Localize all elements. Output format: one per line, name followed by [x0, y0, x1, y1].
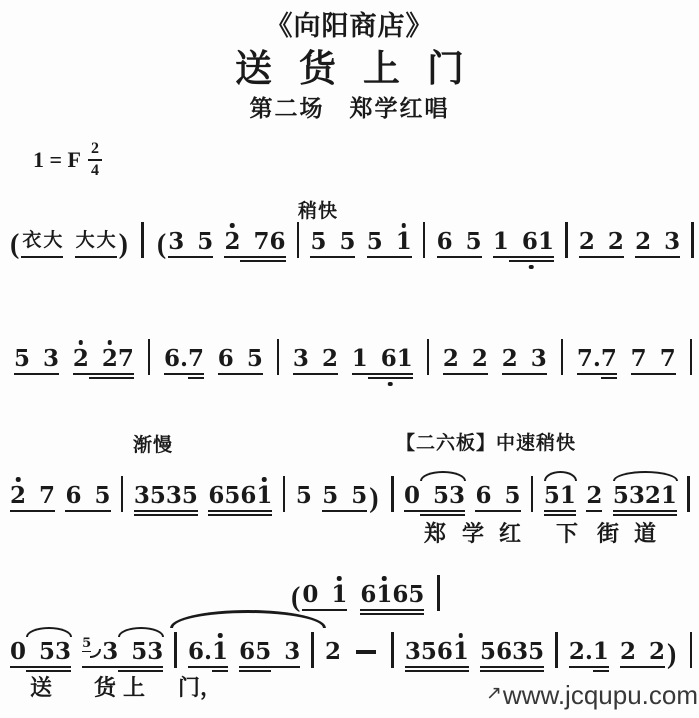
note: 3 [166, 484, 182, 507]
lyric-syllable: 门， [178, 671, 222, 702]
open-paren: ( [155, 232, 168, 258]
beam: 35 [168, 230, 213, 258]
note: 3 [134, 484, 150, 507]
note: 3 [147, 640, 163, 663]
note: 2 [472, 347, 488, 370]
close-paren: ) [665, 642, 678, 668]
note-group: (01 [289, 583, 347, 611]
note: 0 [404, 484, 420, 507]
beam: 32 [293, 347, 338, 375]
barline [391, 476, 394, 512]
double-beam: 5321 [613, 484, 677, 507]
barline [277, 339, 280, 375]
note: 2 [502, 347, 518, 370]
note-group: 6.7 [164, 347, 204, 375]
note: 5 [339, 230, 355, 253]
note-group: 77 [631, 347, 676, 375]
note-group: 5321 [613, 484, 677, 512]
grace-tie [90, 649, 101, 658]
note: 3 [102, 640, 118, 663]
note: 5 [39, 640, 55, 663]
note: 3 [629, 484, 645, 507]
jcqupu-arrow-icon: ↗ [486, 684, 502, 703]
double-beam: 53 [420, 484, 465, 507]
note: 7 [631, 347, 647, 370]
beam: 22 [579, 230, 624, 258]
beam: 23 [502, 347, 547, 375]
note: 5 [613, 484, 629, 507]
note: 5 [247, 347, 263, 370]
note: 6. [188, 640, 212, 663]
beam: 6165 [360, 583, 424, 611]
note: 6 [522, 230, 538, 253]
note: 5 [466, 230, 482, 253]
lyric-syllable: 学 [462, 517, 484, 548]
note-group: 55 [310, 230, 355, 258]
note: 1 [397, 347, 413, 370]
barline [121, 476, 124, 512]
note: 5 [544, 484, 560, 507]
time-signature-numerator: 2 [88, 141, 102, 161]
barline [691, 222, 694, 258]
note-group: 7.7 [577, 347, 617, 375]
barline [148, 339, 151, 375]
percussion-syllable: 大 [96, 231, 117, 253]
beam: 51 [367, 230, 412, 258]
note-group: 23 [635, 230, 680, 258]
note: 3 [449, 484, 465, 507]
tempo-mark: 稍快 [298, 196, 338, 223]
unbeamed [352, 650, 380, 668]
time-signature: 2 4 [88, 141, 102, 179]
beam: 65 [475, 484, 520, 512]
double-beam: 6561 [208, 484, 272, 507]
note: 6 [218, 347, 234, 370]
lyric-syllable: 道 [634, 517, 656, 548]
note: 5 [296, 484, 312, 507]
note: 3 [168, 230, 184, 253]
note: 6 [392, 583, 408, 606]
beam: 3535 [134, 484, 198, 512]
note: 1 [661, 484, 677, 507]
note-group: 053 [10, 640, 71, 668]
percussion-syllable: 衣 [21, 231, 42, 253]
note: 5 [131, 640, 147, 663]
lyric-syllable: 上 [123, 671, 145, 702]
note: 7. [577, 347, 601, 370]
note: 1 [493, 230, 509, 253]
note: 5 [433, 484, 449, 507]
double-beam: 61 [368, 347, 413, 370]
note: 1 [593, 640, 609, 663]
note: 7 [188, 347, 204, 370]
note: 2 [608, 230, 624, 253]
note-group: 653 [239, 640, 300, 668]
note: 7 [39, 484, 55, 507]
barline [297, 222, 300, 258]
beam: 衣大 [21, 231, 63, 258]
note: 5 [150, 484, 166, 507]
note: 5 [322, 484, 338, 507]
note: 2 [579, 230, 595, 253]
double-beam: 7 [601, 347, 617, 370]
beam: 77 [631, 347, 676, 375]
note-group: 22) [620, 640, 678, 668]
note-group: 大大) [75, 231, 130, 258]
watermark: ↗ www.jcqupu.com [486, 682, 698, 708]
note: 6 [496, 640, 512, 663]
beam: 2 [586, 484, 602, 512]
double-beam: 76 [240, 230, 285, 253]
note: 6. [164, 347, 188, 370]
note-group: 55) [322, 484, 380, 512]
barline [690, 339, 693, 375]
note: 5 [310, 230, 326, 253]
beam: 22 [443, 347, 488, 375]
barline [561, 339, 564, 375]
sheet-music-page: { "page": {"background":"#fdfdfd","ink":… [0, 0, 699, 718]
dash-note [356, 650, 376, 654]
phrase-slur [170, 610, 326, 628]
note: 5 [408, 583, 424, 606]
note: 1 [331, 583, 347, 606]
note-group: 3535 [134, 484, 198, 512]
double-beam: 7 [188, 347, 204, 370]
note: 2 [325, 640, 341, 663]
beam: 3561 [405, 640, 469, 668]
score-line-1: (衣大大大)(352765551651612223 [8, 222, 694, 258]
tempo-mark: 【二六板】中速稍快 [396, 428, 576, 455]
note-group: 053 [404, 484, 465, 512]
note: 3 [284, 640, 300, 663]
note: 2 [649, 640, 665, 663]
note-group: (35 [155, 230, 213, 258]
note: 6 [65, 484, 81, 507]
beam: 6561 [208, 484, 272, 512]
double-beam: 1 [593, 640, 609, 663]
note-group: (衣大 [8, 231, 63, 258]
note: 5 [367, 230, 383, 253]
double-beam: 6165 [360, 583, 424, 606]
lyric-syllable: 红 [499, 517, 521, 548]
close-paren: ) [117, 232, 130, 258]
beam: 51 [544, 484, 576, 512]
note: 7 [660, 347, 676, 370]
note: 2 [586, 484, 602, 507]
note: 2 [635, 230, 651, 253]
barline [531, 476, 534, 512]
note: 1 [212, 640, 228, 663]
note: 5 [480, 640, 496, 663]
note: 2 [102, 347, 118, 370]
note: 5 [197, 230, 213, 253]
beam: 161 [352, 347, 413, 375]
note: 7 [601, 347, 617, 370]
beam: 大大 [75, 231, 117, 258]
key-signature: 1 = F 2 4 [33, 141, 102, 179]
page-title: 送货上门 [0, 38, 699, 92]
note: 5 [255, 640, 271, 663]
double-beam: 3561 [405, 640, 469, 663]
note: 2 [73, 347, 89, 370]
note: 5 [182, 484, 198, 507]
note-group: 2.1 [569, 640, 609, 668]
beam: 053 [10, 640, 71, 668]
note: 5 [14, 347, 30, 370]
beam: 23 [635, 230, 680, 258]
beam: 2.1 [569, 640, 609, 668]
note-group: 2 [586, 484, 602, 512]
lyric-syllable: 货 [94, 671, 116, 702]
beam: 5321 [613, 484, 677, 512]
note: 2 [224, 230, 240, 253]
score-line-4: 05353536.16532356156352.122) [10, 632, 692, 668]
beam: 55 [322, 484, 367, 512]
note: 5 [94, 484, 110, 507]
note: 0 [10, 640, 26, 663]
barline [311, 632, 314, 668]
beam: 27 [10, 484, 55, 512]
note: 3 [531, 347, 547, 370]
score-line-3: 276535356561555)053655125321 [10, 476, 690, 512]
note: 5 [421, 640, 437, 663]
score-line-2: 532276.7653216122237.777 [14, 339, 692, 375]
beam: 53 [14, 347, 59, 375]
percussion-syllable: 大 [75, 231, 96, 253]
note: 2 [322, 347, 338, 370]
unbeamed: 2 [325, 640, 341, 669]
double-beam: 65 [239, 640, 271, 663]
lyric-syllable: 郑 [424, 517, 446, 548]
note-group: 6561 [208, 484, 272, 512]
beam: 22 [620, 640, 665, 668]
note-group: 23 [502, 347, 547, 375]
note: 3 [43, 347, 59, 370]
note-group: 65 [475, 484, 520, 512]
note: 2 [10, 484, 26, 507]
note: 1 [538, 230, 554, 253]
note-group: 65 [218, 347, 263, 375]
double-beam: 53 [26, 640, 71, 663]
beam: 65 [65, 484, 110, 512]
barline [427, 339, 430, 375]
beam: 65 [437, 230, 482, 258]
note: 3 [512, 640, 528, 663]
note: 6 [437, 640, 453, 663]
note: 6 [381, 347, 397, 370]
note-group: 32 [293, 347, 338, 375]
beam: 6.1 [188, 640, 228, 668]
note: 6 [269, 230, 285, 253]
note-group: 5 [296, 484, 312, 513]
note: 3 [55, 640, 71, 663]
pickup-phrase: (016165 [289, 575, 440, 611]
note: 6 [239, 640, 255, 663]
beam: 65 [218, 347, 263, 375]
barline [423, 222, 426, 258]
beam: 01 [302, 583, 347, 611]
note-group: 65 [437, 230, 482, 258]
note-group: 27 [10, 484, 55, 512]
beam: 161 [493, 230, 554, 258]
note-group: 2 [325, 640, 341, 669]
open-paren: ( [289, 585, 302, 611]
double-beam: 27 [89, 347, 134, 370]
barline [391, 632, 394, 668]
barline [555, 632, 558, 668]
unbeamed: 5 [296, 484, 312, 513]
barline [687, 476, 690, 512]
note: 1 [256, 484, 272, 507]
beam: 55 [310, 230, 355, 258]
double-beam: 61 [509, 230, 554, 253]
note: 6 [208, 484, 224, 507]
note-group: 65 [65, 484, 110, 512]
barline [437, 575, 440, 611]
watermark-text: www.jcqupu.com [503, 682, 698, 708]
note: 7 [118, 347, 134, 370]
percussion-syllable: 大 [42, 231, 63, 253]
note-group: 161 [352, 347, 413, 375]
open-paren: ( [8, 232, 21, 258]
beam: 5635 [480, 640, 544, 668]
note-group: 51 [367, 230, 412, 258]
note-group: 51 [544, 484, 576, 512]
beam: 276 [224, 230, 285, 258]
note: 2 [620, 640, 636, 663]
note: 5 [224, 484, 240, 507]
note-group: 161 [493, 230, 554, 258]
note: 3 [293, 347, 309, 370]
note-group [352, 650, 380, 668]
note: 2 [443, 347, 459, 370]
key-label: 1 = F [33, 147, 81, 173]
double-beam: 51 [544, 484, 576, 507]
scene-singer-subtitle: 第二场 郑学红唱 [0, 90, 699, 123]
tempo-mark: 渐慢 [133, 430, 173, 457]
note: 1 [453, 640, 469, 663]
note: 0 [302, 583, 318, 606]
double-beam: 1 [212, 640, 228, 663]
lyric-syllable: 送 [30, 671, 52, 702]
note: 3 [664, 230, 680, 253]
note-group: 5353 [82, 640, 163, 668]
barline [690, 632, 693, 668]
beam: 227 [73, 347, 134, 375]
barline [283, 476, 286, 512]
note: 5 [528, 640, 544, 663]
note: 1 [376, 583, 392, 606]
beam: 053 [404, 484, 465, 512]
note: 1 [352, 347, 368, 370]
note-group: 3561 [405, 640, 469, 668]
double-beam: 3535 [134, 484, 198, 507]
lyric-syllable: 下 [556, 517, 578, 548]
beam: 653 [239, 640, 300, 668]
note: 6 [475, 484, 491, 507]
note-group: 6.1 [188, 640, 228, 668]
note: 6 [240, 484, 256, 507]
note: 3 [405, 640, 421, 663]
close-paren: ) [367, 486, 380, 512]
barline [565, 222, 568, 258]
note-group: 53 [14, 347, 59, 375]
note: 6 [437, 230, 453, 253]
barline [141, 222, 144, 258]
note-group: 276 [224, 230, 285, 258]
barline [174, 632, 177, 668]
note-group: 22 [443, 347, 488, 375]
lyric-syllable: 街 [597, 517, 619, 548]
double-beam: 53 [118, 640, 163, 663]
note-group: 5635 [480, 640, 544, 668]
note-group: 22 [579, 230, 624, 258]
double-beam: 5635 [480, 640, 544, 663]
time-signature-denominator: 4 [88, 161, 102, 179]
note: 6 [360, 583, 376, 606]
beam: 5353 [82, 640, 163, 668]
note: 1 [560, 484, 576, 507]
note: 7 [253, 230, 269, 253]
note: 2 [645, 484, 661, 507]
beam: 7.7 [577, 347, 617, 375]
note-group: 227 [73, 347, 134, 375]
note: 2. [569, 640, 593, 663]
note: 5 [351, 484, 367, 507]
note: 1 [396, 230, 412, 253]
note-group: 6165 [360, 583, 424, 611]
note: 5 [505, 484, 521, 507]
beam: 6.7 [164, 347, 204, 375]
